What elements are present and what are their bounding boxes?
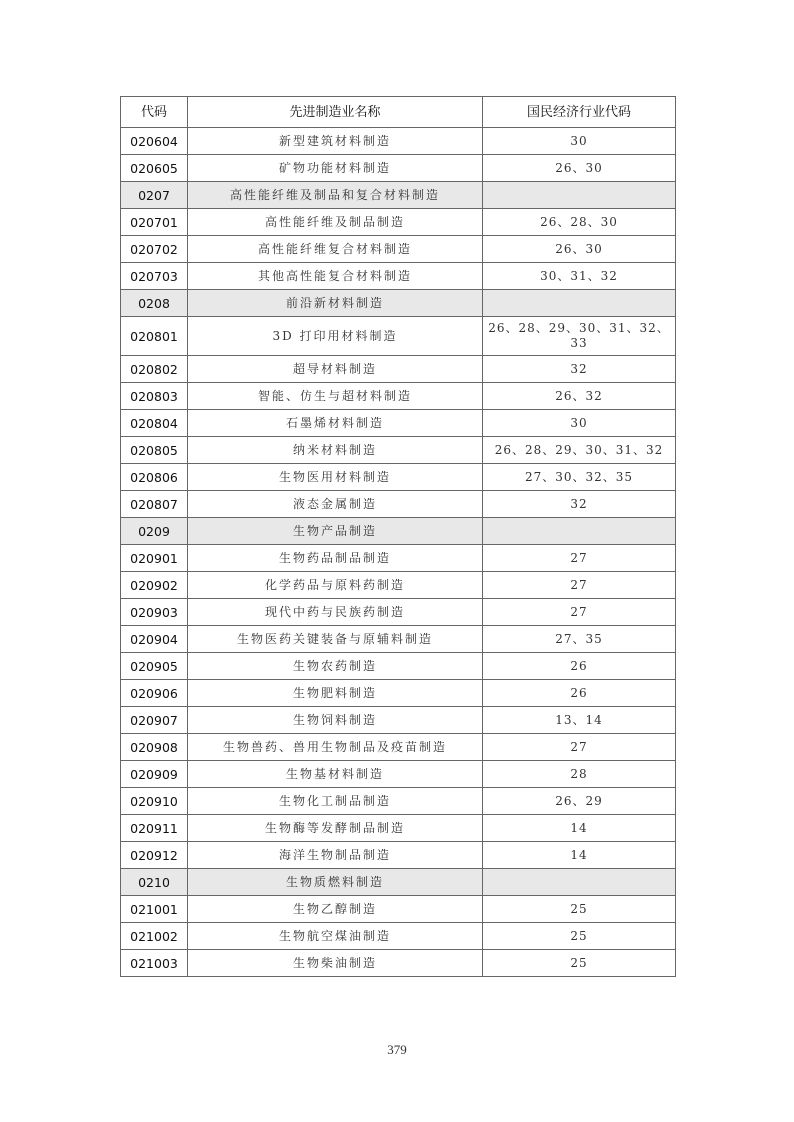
table-row: 020912海洋生物制品制造14 — [121, 842, 676, 869]
cell-industry-codes: 13、14 — [483, 707, 676, 734]
cell-code: 020910 — [121, 788, 188, 815]
cell-name: 现代中药与民族药制造 — [188, 599, 483, 626]
table-group-row: 0208前沿新材料制造 — [121, 290, 676, 317]
cell-industry-codes — [483, 518, 676, 545]
cell-code: 020802 — [121, 356, 188, 383]
cell-code: 020907 — [121, 707, 188, 734]
table-row: 020908生物兽药、兽用生物制品及疫苗制造27 — [121, 734, 676, 761]
table-row: 020906生物肥料制造26 — [121, 680, 676, 707]
cell-name: 化学药品与原料药制造 — [188, 572, 483, 599]
cell-name: 生物化工制品制造 — [188, 788, 483, 815]
cell-industry-codes: 26、30 — [483, 155, 676, 182]
cell-code: 020604 — [121, 128, 188, 155]
cell-code: 021002 — [121, 923, 188, 950]
table-row: 020901生物药品制品制造27 — [121, 545, 676, 572]
table-row: 0208013D 打印用材料制造26、28、29、30、31、32、33 — [121, 317, 676, 356]
cell-industry-codes: 26 — [483, 680, 676, 707]
table-row: 020902化学药品与原料药制造27 — [121, 572, 676, 599]
table-row: 021003生物柴油制造25 — [121, 950, 676, 977]
table-row: 020807液态金属制造32 — [121, 491, 676, 518]
cell-industry-codes: 27 — [483, 545, 676, 572]
table-row: 020903现代中药与民族药制造27 — [121, 599, 676, 626]
table-row: 021001生物乙醇制造25 — [121, 896, 676, 923]
cell-name: 矿物功能材料制造 — [188, 155, 483, 182]
cell-industry-codes — [483, 290, 676, 317]
header-name: 先进制造业名称 — [188, 97, 483, 128]
cell-name: 新型建筑材料制造 — [188, 128, 483, 155]
cell-name: 液态金属制造 — [188, 491, 483, 518]
cell-name: 高性能纤维复合材料制造 — [188, 236, 483, 263]
cell-code: 020904 — [121, 626, 188, 653]
cell-name: 3D 打印用材料制造 — [188, 317, 483, 356]
cell-industry-codes: 27 — [483, 572, 676, 599]
cell-industry-codes: 26、28、29、30、31、32 — [483, 437, 676, 464]
table-row: 020806生物医用材料制造27、30、32、35 — [121, 464, 676, 491]
cell-name: 生物农药制造 — [188, 653, 483, 680]
table-row: 020604新型建筑材料制造30 — [121, 128, 676, 155]
table-header-row: 代码 先进制造业名称 国民经济行业代码 — [121, 97, 676, 128]
table-row: 020911生物酶等发酵制品制造14 — [121, 815, 676, 842]
cell-name: 生物酶等发酵制品制造 — [188, 815, 483, 842]
cell-code: 020902 — [121, 572, 188, 599]
cell-name: 前沿新材料制造 — [188, 290, 483, 317]
cell-industry-codes: 25 — [483, 896, 676, 923]
table-row: 020803智能、仿生与超材料制造26、32 — [121, 383, 676, 410]
page-number: 379 — [0, 1042, 794, 1058]
table-group-row: 0207高性能纤维及制品和复合材料制造 — [121, 182, 676, 209]
cell-industry-codes: 27、30、32、35 — [483, 464, 676, 491]
cell-code: 020903 — [121, 599, 188, 626]
cell-name: 生物乙醇制造 — [188, 896, 483, 923]
cell-name: 生物药品制品制造 — [188, 545, 483, 572]
table-row: 020702高性能纤维复合材料制造26、30 — [121, 236, 676, 263]
cell-name: 生物基材料制造 — [188, 761, 483, 788]
cell-industry-codes: 32 — [483, 356, 676, 383]
cell-code: 020804 — [121, 410, 188, 437]
cell-industry-codes: 14 — [483, 815, 676, 842]
cell-name: 超导材料制造 — [188, 356, 483, 383]
table-row: 020802超导材料制造32 — [121, 356, 676, 383]
cell-industry-codes: 27、35 — [483, 626, 676, 653]
cell-name: 生物饲料制造 — [188, 707, 483, 734]
cell-name: 生物肥料制造 — [188, 680, 483, 707]
cell-industry-codes: 27 — [483, 734, 676, 761]
cell-code: 020805 — [121, 437, 188, 464]
cell-code: 021003 — [121, 950, 188, 977]
cell-industry-codes: 26 — [483, 653, 676, 680]
cell-name: 生物兽药、兽用生物制品及疫苗制造 — [188, 734, 483, 761]
cell-code: 0210 — [121, 869, 188, 896]
cell-code: 0207 — [121, 182, 188, 209]
cell-name: 生物质燃料制造 — [188, 869, 483, 896]
cell-industry-codes — [483, 869, 676, 896]
cell-code: 020909 — [121, 761, 188, 788]
table-row: 020701高性能纤维及制品制造26、28、30 — [121, 209, 676, 236]
cell-name: 生物医药关键装备与原辅料制造 — [188, 626, 483, 653]
header-industry-codes: 国民经济行业代码 — [483, 97, 676, 128]
table-body: 020604新型建筑材料制造30020605矿物功能材料制造26、300207高… — [121, 128, 676, 977]
cell-code: 020901 — [121, 545, 188, 572]
cell-industry-codes: 14 — [483, 842, 676, 869]
cell-code: 020803 — [121, 383, 188, 410]
cell-code: 020905 — [121, 653, 188, 680]
cell-code: 020807 — [121, 491, 188, 518]
table-row: 020907生物饲料制造13、14 — [121, 707, 676, 734]
cell-name: 高性能纤维及制品和复合材料制造 — [188, 182, 483, 209]
cell-code: 020702 — [121, 236, 188, 263]
cell-code: 020906 — [121, 680, 188, 707]
cell-code: 020806 — [121, 464, 188, 491]
table-row: 020904生物医药关键装备与原辅料制造27、35 — [121, 626, 676, 653]
table-row: 020703其他高性能复合材料制造30、31、32 — [121, 263, 676, 290]
cell-industry-codes: 30 — [483, 410, 676, 437]
cell-industry-codes: 26、28、30 — [483, 209, 676, 236]
cell-name: 生物医用材料制造 — [188, 464, 483, 491]
cell-code: 020912 — [121, 842, 188, 869]
cell-code: 020605 — [121, 155, 188, 182]
table-row: 020805纳米材料制造26、28、29、30、31、32 — [121, 437, 676, 464]
cell-industry-codes: 26、29 — [483, 788, 676, 815]
table-row: 020804石墨烯材料制造30 — [121, 410, 676, 437]
table-row: 020910生物化工制品制造26、29 — [121, 788, 676, 815]
cell-industry-codes: 26、28、29、30、31、32、33 — [483, 317, 676, 356]
cell-industry-codes: 30、31、32 — [483, 263, 676, 290]
industry-code-table: 代码 先进制造业名称 国民经济行业代码 020604新型建筑材料制造300206… — [120, 96, 676, 977]
table-group-row: 0209生物产品制造 — [121, 518, 676, 545]
cell-industry-codes: 30 — [483, 128, 676, 155]
cell-code: 0209 — [121, 518, 188, 545]
cell-industry-codes: 32 — [483, 491, 676, 518]
cell-code: 020701 — [121, 209, 188, 236]
table-row: 021002生物航空煤油制造25 — [121, 923, 676, 950]
cell-industry-codes: 26、30 — [483, 236, 676, 263]
cell-name: 生物航空煤油制造 — [188, 923, 483, 950]
cell-name: 生物柴油制造 — [188, 950, 483, 977]
table-row: 020905生物农药制造26 — [121, 653, 676, 680]
cell-name: 海洋生物制品制造 — [188, 842, 483, 869]
cell-code: 020801 — [121, 317, 188, 356]
cell-industry-codes: 28 — [483, 761, 676, 788]
header-code: 代码 — [121, 97, 188, 128]
cell-code: 020908 — [121, 734, 188, 761]
table-row: 020605矿物功能材料制造26、30 — [121, 155, 676, 182]
cell-industry-codes: 25 — [483, 923, 676, 950]
cell-code: 020911 — [121, 815, 188, 842]
cell-name: 其他高性能复合材料制造 — [188, 263, 483, 290]
table-group-row: 0210生物质燃料制造 — [121, 869, 676, 896]
table-row: 020909生物基材料制造28 — [121, 761, 676, 788]
cell-name: 石墨烯材料制造 — [188, 410, 483, 437]
cell-industry-codes — [483, 182, 676, 209]
cell-industry-codes: 26、32 — [483, 383, 676, 410]
cell-name: 智能、仿生与超材料制造 — [188, 383, 483, 410]
cell-code: 020703 — [121, 263, 188, 290]
cell-code: 0208 — [121, 290, 188, 317]
cell-name: 纳米材料制造 — [188, 437, 483, 464]
cell-code: 021001 — [121, 896, 188, 923]
cell-industry-codes: 27 — [483, 599, 676, 626]
cell-industry-codes: 25 — [483, 950, 676, 977]
cell-name: 生物产品制造 — [188, 518, 483, 545]
cell-name: 高性能纤维及制品制造 — [188, 209, 483, 236]
